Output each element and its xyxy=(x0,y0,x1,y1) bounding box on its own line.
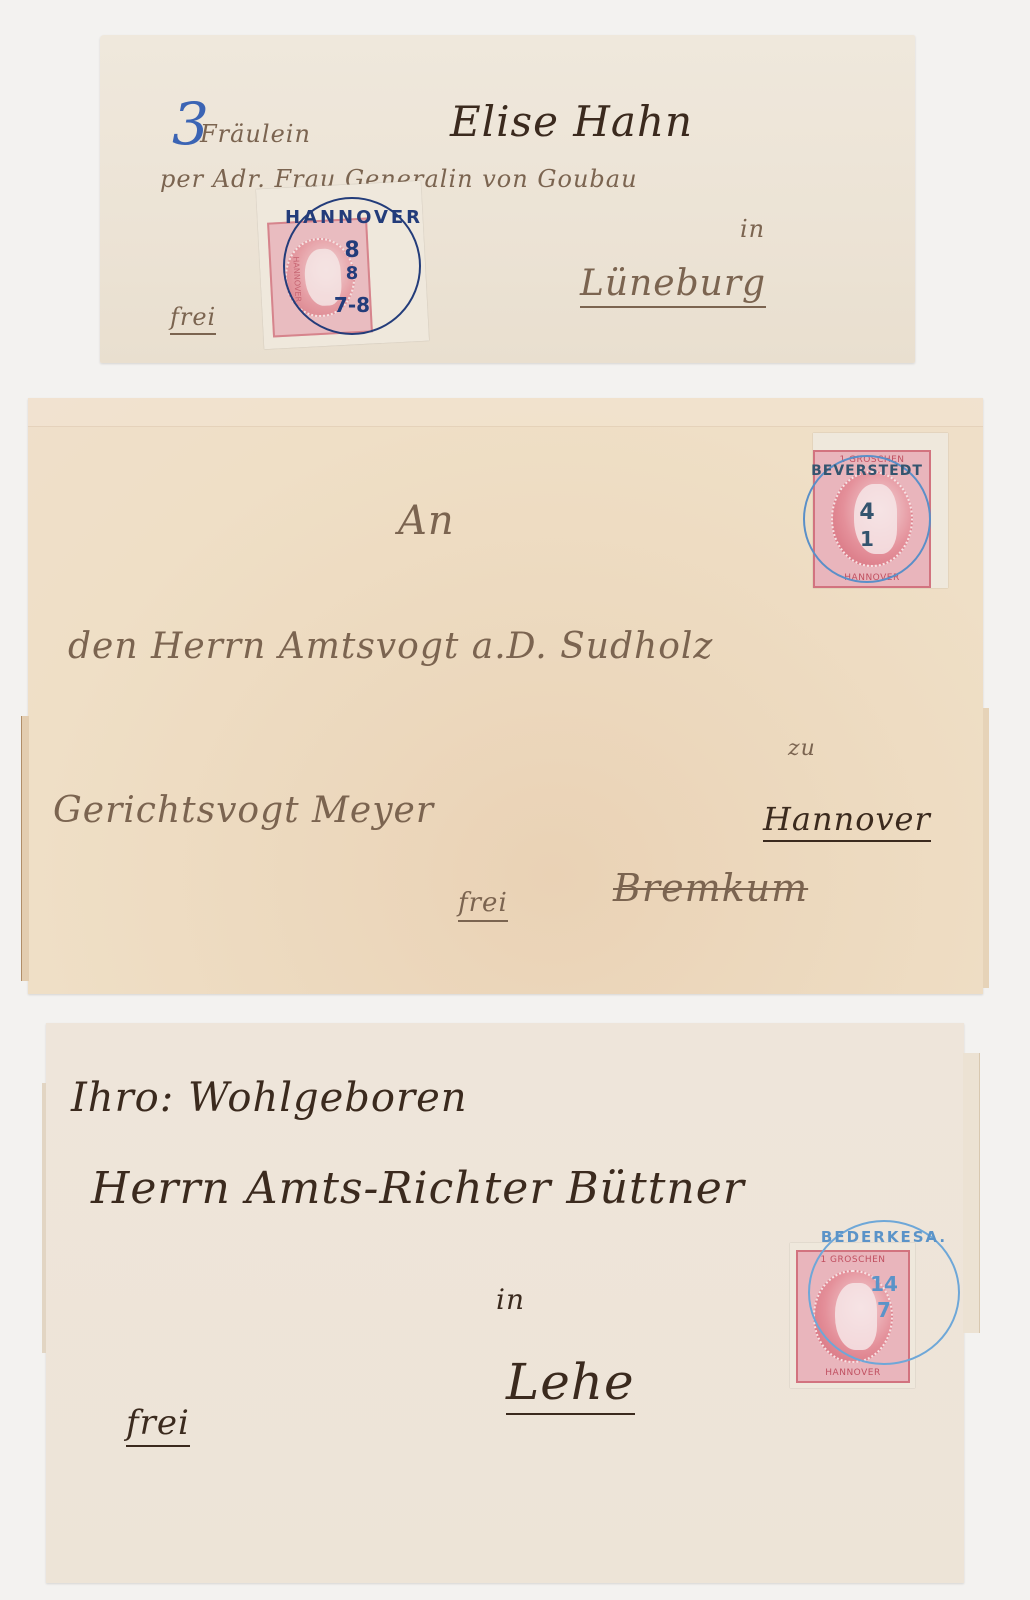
fold-crease xyxy=(28,398,983,427)
address-line-salutation: Ihro: Wohlgeboren xyxy=(71,1075,468,1121)
destination-town: Lehe xyxy=(506,1353,635,1415)
envelope-flap-right xyxy=(963,1053,980,1333)
stamp-country: HANNOVER xyxy=(798,1368,908,1378)
postmark-month: 8 xyxy=(285,265,419,284)
franking-note: frei xyxy=(458,888,508,922)
postmark-town: BEVERSTEDT xyxy=(805,463,929,479)
address-line-an: An xyxy=(398,498,455,544)
envelope-flap-left xyxy=(21,716,29,981)
addressee-name: Herrn Amts-Richter Büttner xyxy=(91,1163,745,1214)
destination-town: Hannover xyxy=(763,800,931,842)
address-line-zu: zu xyxy=(788,736,816,761)
addressee-name: den Herrn Amtsvogt a.D. Sudholz xyxy=(68,626,713,667)
addressee-name: Elise Hahn xyxy=(450,97,693,146)
franking-note: frei xyxy=(126,1403,190,1447)
address-line-salutation: Fräulein xyxy=(200,120,311,148)
postmark-town: BEDERKESA. xyxy=(810,1228,958,1246)
postmark-day: 8 xyxy=(285,239,419,262)
postmark-month: 1 xyxy=(805,529,929,550)
address-line-in: in xyxy=(496,1283,525,1316)
envelope-flap-right xyxy=(983,708,989,988)
envelope-flap-left xyxy=(42,1083,46,1353)
destination-town: Lüneburg xyxy=(580,263,766,308)
struck-destination: Bremkum xyxy=(613,866,808,910)
postmark-day: 14 xyxy=(810,1274,958,1295)
postmark-hannover: HANNOVER 8 8 7-8 xyxy=(283,197,421,335)
postmark-town: HANNOVER xyxy=(285,207,419,228)
address-line-in: in xyxy=(740,215,765,243)
postmark-day: 4 xyxy=(805,501,929,524)
postmark-month: 7 xyxy=(810,1300,958,1321)
postmark-bederkesa: BEDERKESA. 14 7 xyxy=(808,1220,960,1365)
franking-note: frei xyxy=(170,303,216,335)
postmark-beverstedt: BEVERSTEDT 4 1 xyxy=(803,455,931,583)
sender-note: Gerichtsvogt Meyer xyxy=(53,790,434,831)
postal-cover-1: 3 Fräulein Elise Hahn per Adr. Frau Gene… xyxy=(100,35,915,363)
postmark-time: 7-8 xyxy=(285,295,419,316)
